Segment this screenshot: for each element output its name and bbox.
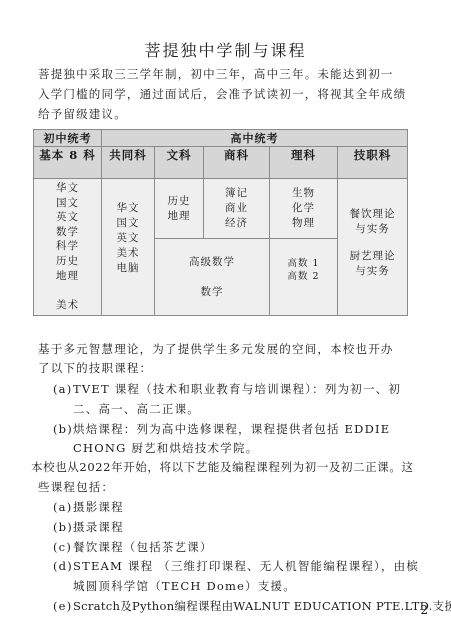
header-basic-subjects: 基本 8 科 bbox=[34, 147, 102, 179]
subject: 科学 bbox=[34, 239, 101, 254]
list-marker: (b) bbox=[53, 517, 73, 537]
list-item-text: Scratch及Python编程课程由WALNUT EDUCATION PTE.… bbox=[73, 596, 451, 616]
page-title: 菩提独中学制与课程 bbox=[0, 38, 451, 61]
subject: 数学 bbox=[155, 285, 269, 300]
table-row: 华文 国文 英文 数学 科学 历史 地理 美术 华文 国文 英文 美术 电脑 历… bbox=[34, 179, 408, 239]
list-item-text: 餐饮课程（包括茶艺课） bbox=[73, 537, 213, 557]
cell-arts-subjects: 历史 地理 bbox=[155, 179, 204, 239]
subject: 生物 bbox=[270, 186, 337, 201]
section3-line-2: 些课程包括： bbox=[38, 477, 114, 497]
subject: 地理 bbox=[34, 269, 101, 284]
spacer bbox=[34, 283, 101, 298]
header-junior-exam: 初中统考 bbox=[34, 130, 102, 147]
header-arts-stream: 文科 bbox=[155, 147, 204, 179]
list-item-text: STEAM 课程 （三维打印课程、无人机智能编程课程），由槟 bbox=[73, 556, 419, 576]
subject: 国文 bbox=[102, 216, 154, 231]
spacer bbox=[155, 270, 269, 285]
cell-basic-subjects: 华文 国文 英文 数学 科学 历史 地理 美术 bbox=[34, 179, 102, 316]
header-common-subjects: 共同科 bbox=[102, 147, 155, 179]
cell-vocational-subjects: 餐饮理论 与实务 厨艺理论 与实务 bbox=[338, 179, 408, 316]
intro-line-1: 菩提独中采取三三学年制，初中三年，高中三年。未能达到初一 bbox=[38, 64, 394, 84]
list-marker: (c) bbox=[53, 537, 72, 557]
subject: 英文 bbox=[102, 231, 154, 246]
list-item-text: 烘焙课程：列为高中选修课程，课程提供者包括 EDDIE bbox=[73, 419, 390, 439]
list-marker: (a) bbox=[53, 497, 72, 517]
list-item-text: 二、高一、高二正课。 bbox=[73, 399, 200, 419]
cell-math-arts-commerce: 高级数学 数学 bbox=[155, 239, 270, 316]
subject: 历史 bbox=[34, 254, 101, 269]
section2-line-2: 了以下的技职课程： bbox=[38, 358, 152, 378]
section2-line-1: 基于多元智慧理论，为了提供学生多元发展的空间，本校也开办 bbox=[38, 339, 394, 359]
subject: 高级数学 bbox=[155, 255, 269, 270]
subject: 高数 2 bbox=[270, 270, 337, 283]
intro-line-2: 入学门槛的同学，通过面试后，会准予试读初一，将视其全年成绩 bbox=[38, 84, 406, 104]
list-item-text: CHONG 厨艺和烘焙技术学院。 bbox=[73, 438, 258, 458]
subject: 国文 bbox=[34, 196, 101, 211]
list-marker: (b) bbox=[53, 419, 73, 439]
subject: 历史 bbox=[155, 194, 203, 209]
curriculum-table: 初中统考 高中统考 基本 8 科 共同科 文科 商科 理科 技职科 华文 国文 … bbox=[33, 129, 408, 316]
subject: 数学 bbox=[34, 225, 101, 240]
cell-math-science: 高数 1 高数 2 bbox=[270, 239, 338, 316]
section3-line-1: 本校也从2022年开始，将以下艺能及编程课程列为初一及初二正课。这 bbox=[31, 457, 414, 477]
list-item-text: 摄录课程 bbox=[73, 517, 124, 537]
subject: 餐饮理论 bbox=[338, 207, 407, 222]
subject: 美术 bbox=[102, 246, 154, 261]
cell-commerce-subjects: 簿记 商业 经济 bbox=[204, 179, 270, 239]
list-marker: (a) bbox=[53, 379, 72, 399]
intro-line-3: 给予留级建议。 bbox=[38, 104, 127, 124]
subject: 英文 bbox=[34, 210, 101, 225]
header-senior-exam: 高中统考 bbox=[102, 130, 408, 147]
table-header-row-exams: 初中统考 高中统考 bbox=[34, 130, 408, 147]
subject: 厨艺理论 bbox=[338, 249, 407, 264]
subject: 电脑 bbox=[102, 261, 154, 276]
subject: 美术 bbox=[34, 298, 101, 313]
list-marker: (e) bbox=[53, 596, 72, 616]
subject: 华文 bbox=[102, 201, 154, 216]
subject: 高数 1 bbox=[270, 257, 337, 270]
cell-common-subjects: 华文 国文 英文 美术 电脑 bbox=[102, 179, 155, 316]
list-item-text: 摄影课程 bbox=[73, 497, 124, 517]
subject: 经济 bbox=[204, 216, 269, 231]
list-item-text: 城圆顶科学馆（TECH Dome）支援。 bbox=[73, 576, 296, 596]
header-science-stream: 理科 bbox=[270, 147, 338, 179]
subject: 商业 bbox=[204, 201, 269, 216]
subject: 簿记 bbox=[204, 186, 269, 201]
header-vocational-stream: 技职科 bbox=[338, 147, 408, 179]
header-commerce-stream: 商科 bbox=[204, 147, 270, 179]
list-marker: (d) bbox=[53, 556, 73, 576]
subject: 与实务 bbox=[338, 222, 407, 237]
subject: 化学 bbox=[270, 201, 337, 216]
list-item-text: TVET 课程（技术和职业教育与培训课程）：列为初一、初 bbox=[73, 379, 401, 399]
cell-science-subjects: 生物 化学 物理 bbox=[270, 179, 338, 239]
subject: 地理 bbox=[155, 209, 203, 224]
page-number: 2 bbox=[420, 603, 428, 617]
table-header-row-streams: 基本 8 科 共同科 文科 商科 理科 技职科 bbox=[34, 147, 408, 179]
spacer bbox=[338, 237, 407, 249]
subject: 与实务 bbox=[338, 264, 407, 279]
subject: 华文 bbox=[34, 181, 101, 196]
subject: 物理 bbox=[270, 216, 337, 231]
